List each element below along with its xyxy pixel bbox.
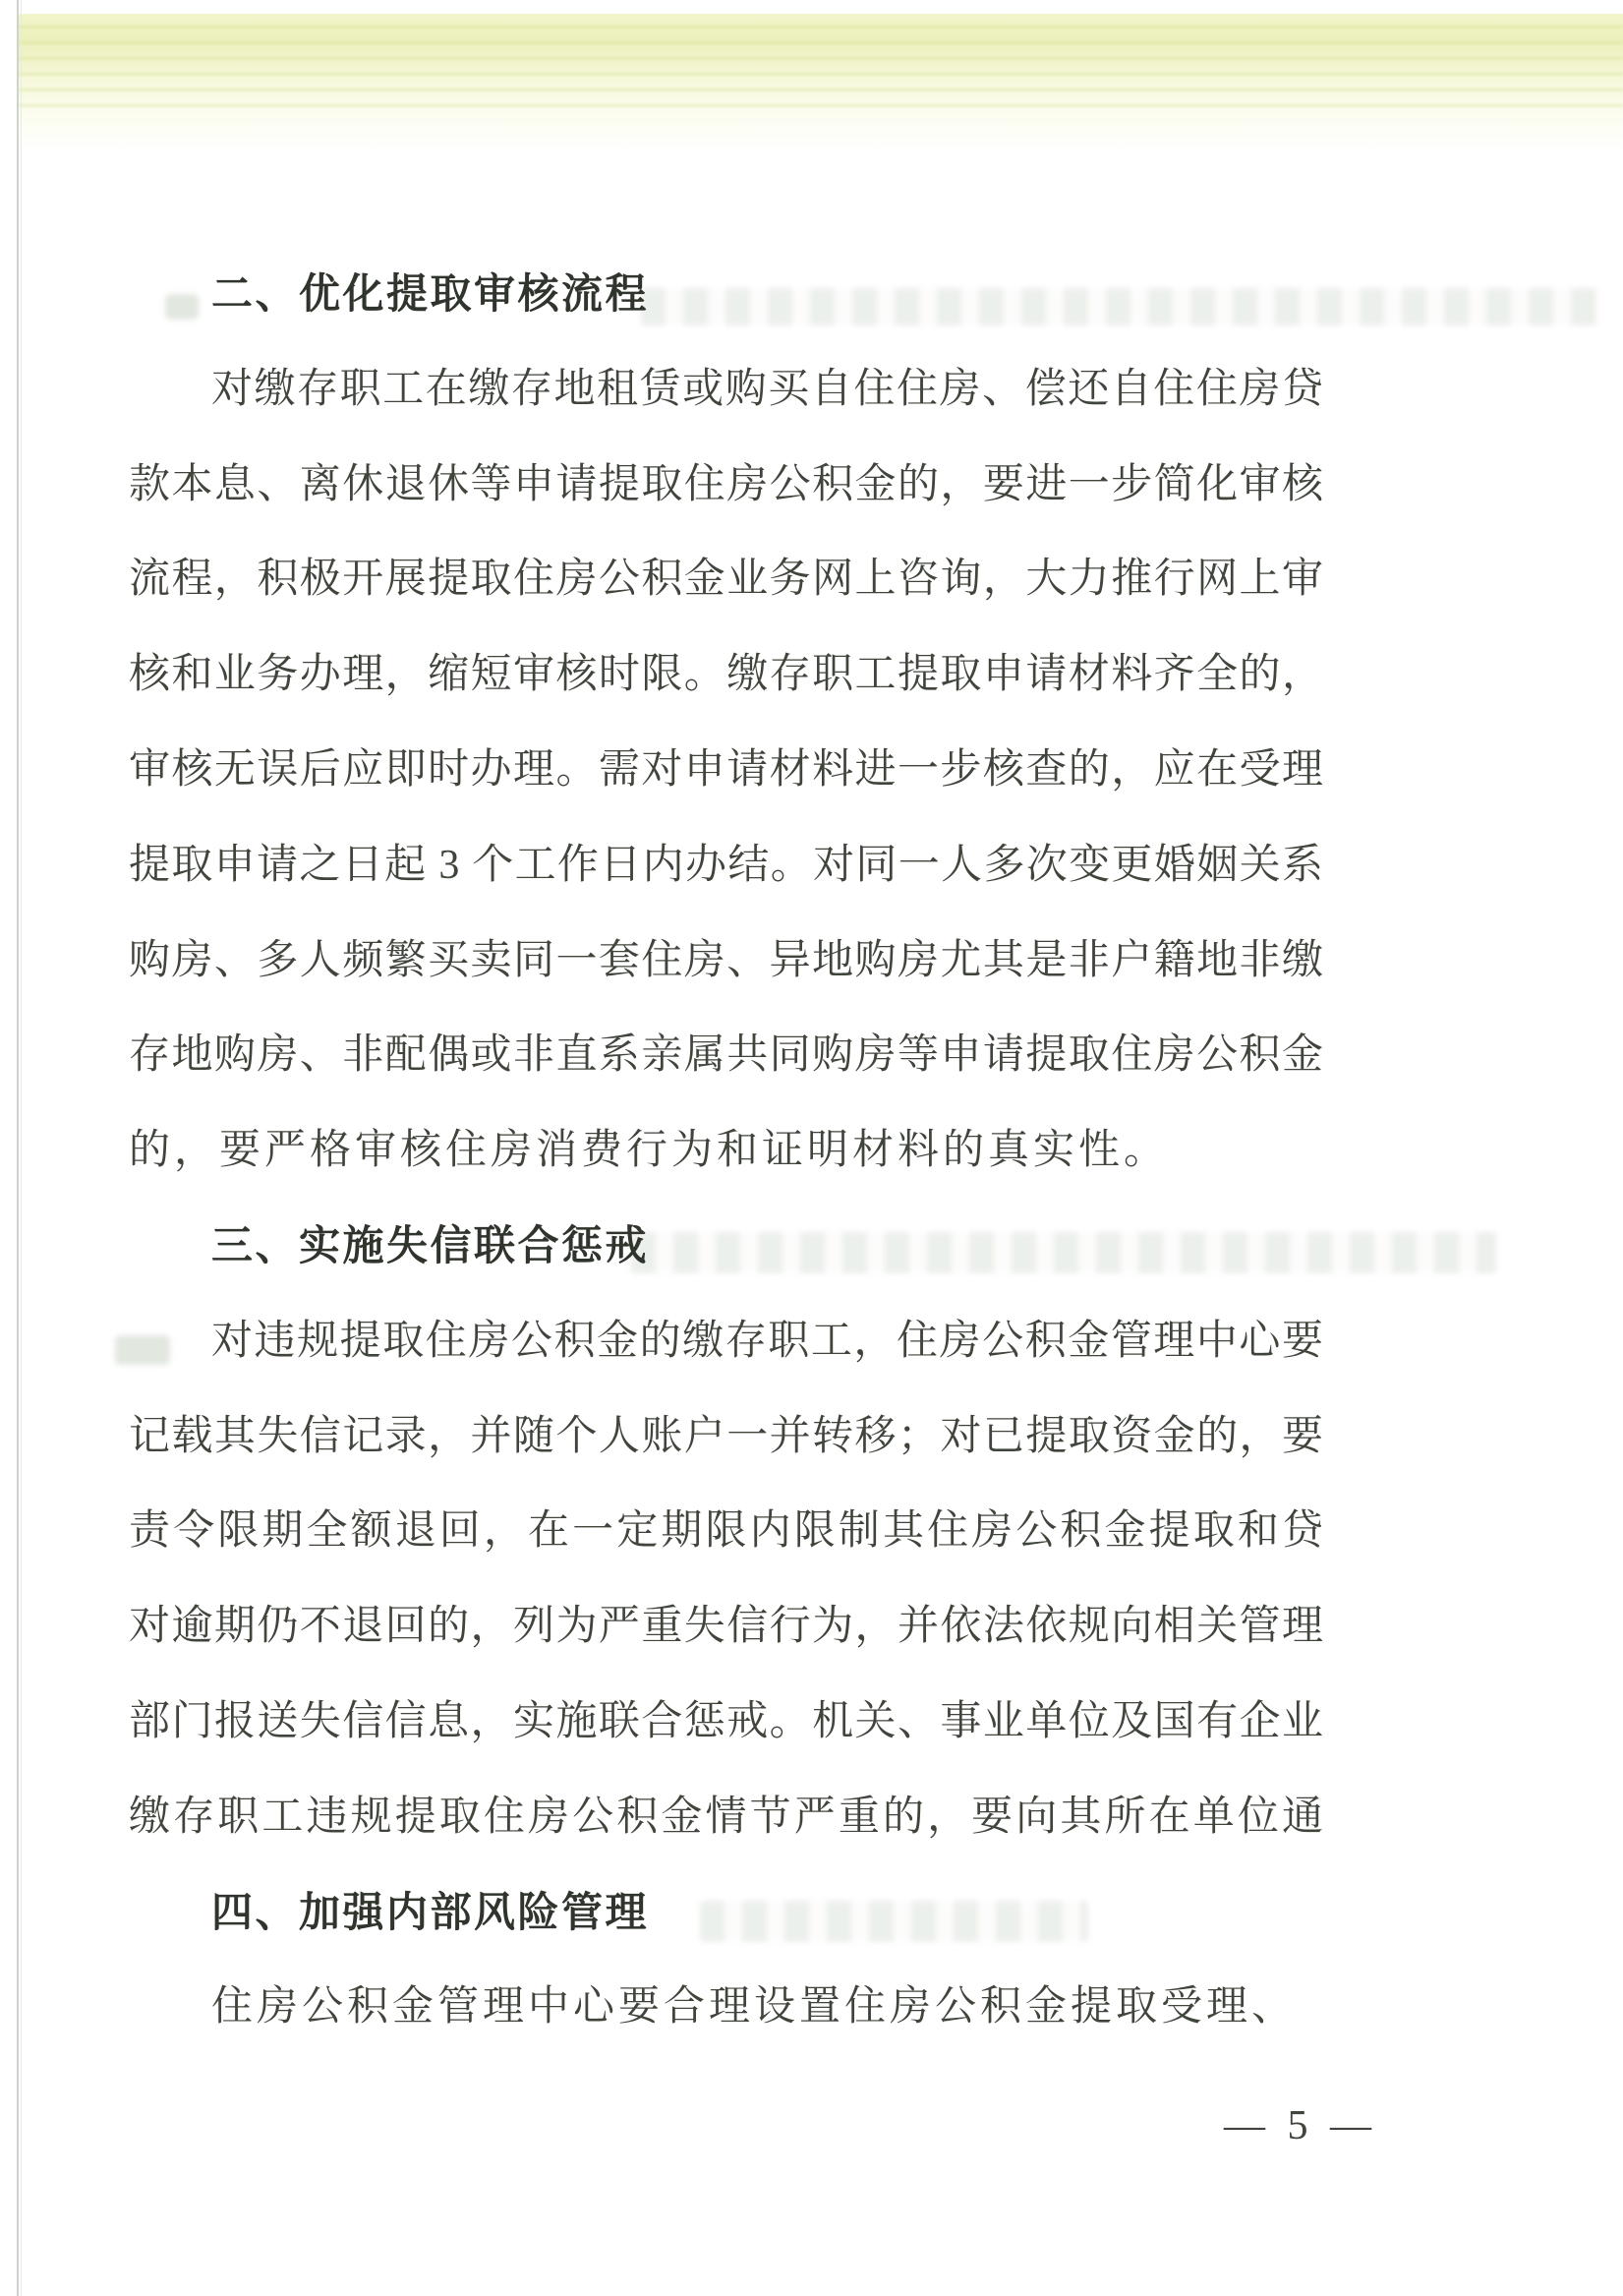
section-2-optimize-review-process: 二、优化提取审核流程 对缴存职工在缴存地租赁或购买自住住房、偿还自住住房贷 款本… [129,247,1324,1199]
body-line: 缴存职工违规提取住房公积金情节严重的，要向其所在单位通报。 [129,1770,1324,1865]
body-line: 审核无误后应即时办理。需对申请材料进一步核查的，应在受理 [129,723,1324,818]
body-line: 购房、多人频繁买卖同一套住房、异地购房尤其是非户籍地非缴 [129,913,1324,1009]
body-line: 记载其失信记录，并随个人账户一并转移；对已提取资金的，要 [129,1389,1324,1485]
body-line: 责令限期全额退回，在一定期限内限制其住房公积金提取和贷款。 [129,1484,1324,1579]
body-line: 的，要严格审核住房消费行为和证明材料的真实性。 [129,1103,1324,1199]
body-line: 存地购房、非配偶或非直系亲属共同购房等申请提取住房公积金 [129,1008,1324,1103]
body-line: 核和业务办理，缩短审核时限。缴存职工提取申请材料齐全的， [129,627,1324,723]
section-heading: 四、加强内部风险管理 [129,1865,1324,1961]
body-line: 流程，积极开展提取住房公积金业务网上咨询，大力推行网上审 [129,532,1324,627]
document-body: 二、优化提取审核流程 对缴存职工在缴存地租赁或购买自住住房、偿还自住住房贷 款本… [129,247,1324,2055]
scan-artifact-top-band-streaks [18,14,1623,107]
body-line: 对缴存职工在缴存地租赁或购买自住住房、偿还自住住房贷 [129,342,1324,438]
body-line: 住房公积金管理中心要合理设置住房公积金提取受理、审核 [129,1960,1324,2055]
section-heading: 二、优化提取审核流程 [129,247,1324,342]
page-number: — 5 — [1224,2102,1377,2149]
scan-artifact-left-edge-line [17,0,19,2296]
body-line: 对违规提取住房公积金的缴存职工，住房公积金管理中心要 [129,1294,1324,1389]
body-line: 部门报送失信信息，实施联合惩戒。机关、事业单位及国有企业 [129,1675,1324,1770]
section-heading: 三、实施失信联合惩戒 [129,1199,1324,1294]
body-line: 对逾期仍不退回的，列为严重失信行为，并依法依规向相关管理 [129,1579,1324,1675]
body-line: 提取申请之日起 3 个工作日内办结。对同一人多次变更婚姻关系 [129,818,1324,913]
section-4-internal-risk-management: 四、加强内部风险管理 住房公积金管理中心要合理设置住房公积金提取受理、审核 [129,1865,1324,2056]
scan-artifact-left-edge-line-secondary [21,0,22,2296]
body-line: 款本息、离休退休等申请提取住房公积金的，要进一步简化审核 [129,438,1324,533]
section-3-joint-dishonesty-punishment: 三、实施失信联合惩戒 对违规提取住房公积金的缴存职工，住房公积金管理中心要 记载… [129,1199,1324,1865]
scanned-document-page: 二、优化提取审核流程 对缴存职工在缴存地租赁或购买自住住房、偿还自住住房贷 款本… [0,0,1623,2296]
